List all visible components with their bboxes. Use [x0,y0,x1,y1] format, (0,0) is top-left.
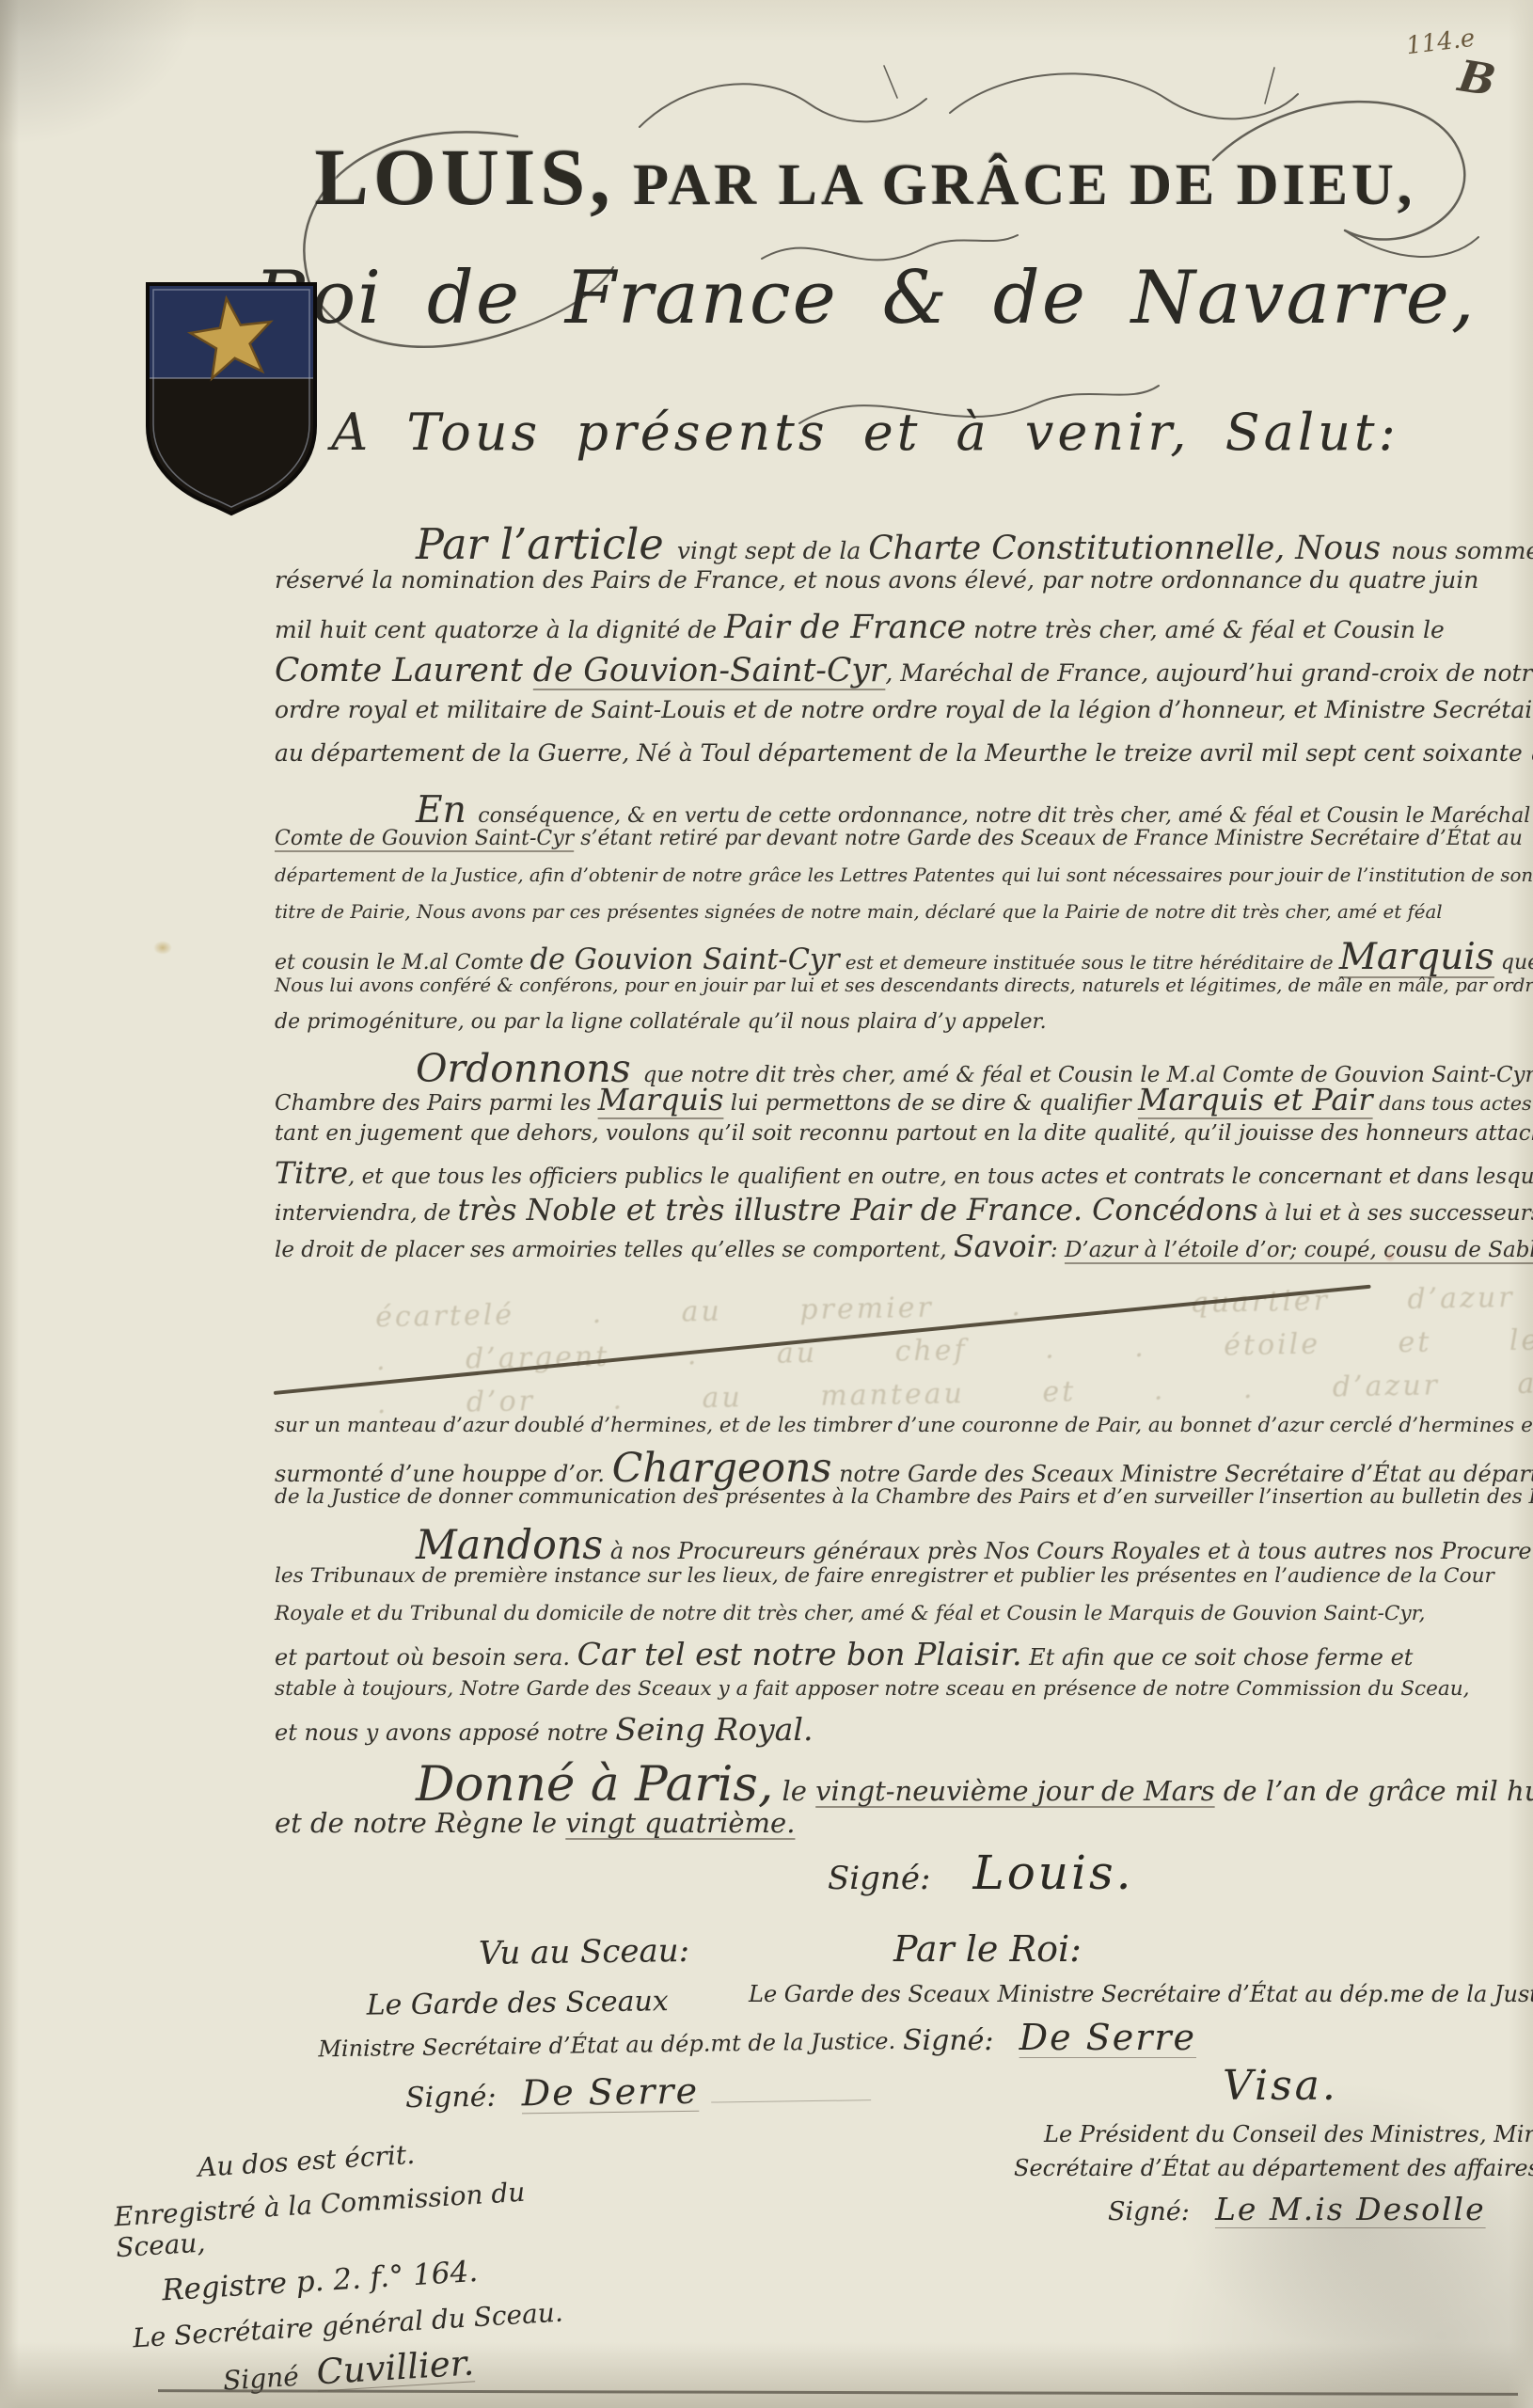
paragraph-chargeons: sur un manteau d’azur doublé d’hermines,… [275,1413,1511,1520]
signature-de-serre-right: Signé: De Serre [903,2017,1411,2058]
text-line: réservé la nomination des Pairs de Franc… [275,568,1511,611]
cuvillier-signature: Cuvillier. [315,2342,475,2392]
de-serre-signature: De Serre [521,2070,699,2115]
salutation-line: A Tous présents et à venir, Salut: [235,403,1495,462]
seal-column-left: Vu au Sceau: Le Garde des Sceaux Ministr… [300,1930,792,2116]
registration-note: Au dos est écrit. Enregistré à la Commis… [110,2129,594,2404]
text-line: En conséquence, & en vertu de cette ordo… [275,792,1511,829]
manuscript-page: 114.e B LOUIS, PAR LA GRÂCE DE DIEU, Roi… [0,0,1533,2408]
coat-of-arms-shield [141,277,322,520]
paragraph-consequence: En conséquence, & en vertu de cette ordo… [275,792,1511,1049]
signe-label: Signé: [903,2024,994,2057]
text-line: au département de la Guerre, Né à Toul d… [275,741,1511,784]
ink-stain [1384,1251,1396,1262]
text-line: Ordonnons que notre dit très cher, amé &… [275,1050,1511,1086]
text-line: Comte de Gouvion Saint-Cyr s’étant retir… [275,829,1511,865]
title-word-louis: LOUIS, [315,132,615,222]
text-line: stable à toujours, Notre Garde des Sceau… [275,1676,1511,1714]
paragraph-preamble: Par l’article vingt sept de la Charte Co… [275,525,1511,784]
text-line: mil huit cent quatorze à la dignité de P… [275,611,1511,655]
royal-signature-louis: Louis. [973,1846,1134,1900]
desolle-signature: Le M.is Desolle [1215,2191,1486,2227]
text-line: surmonté d’une houppe d’or. Chargeons no… [275,1449,1511,1484]
text-line: et partout où besoin sera. Car tel est n… [275,1639,1511,1676]
paragraph-ordonnons: Ordonnons que notre dit très cher, amé &… [275,1050,1511,1270]
text-line: Comte Laurent de Gouvion-Saint-Cyr, Maré… [275,655,1511,698]
text-line: de primogéniture, ou par la ligne collat… [275,1012,1511,1049]
text-line: de la Justice de donner communication de… [275,1484,1511,1520]
affaires-etrangeres-line: Secrétaire d’État au département des aff… [1014,2155,1411,2181]
ministre-justice-line: Ministre Secrétaire d’État au dép.mt de … [318,2029,790,2062]
document-title: LOUIS, PAR LA GRÂCE DE DIEU, [235,130,1495,224]
enregistre-line: Enregistré à la Commission du Sceau, [113,2173,586,2263]
president-conseil-line: Le Président du Conseil des Ministres, M… [1044,2121,1411,2147]
subtitle-roi-de-france: Roi de France & de Navarre, [235,256,1495,341]
text-line: département de la Justice, afin d’obteni… [275,865,1511,902]
text-line: Par l’article vingt sept de la Charte Co… [275,525,1511,568]
royal-signature-row: Signé: Louis. [828,1846,1134,1900]
par-le-roi-heading: Par le Roi: [893,1928,1411,1970]
text-line: Royale et du Tribunal du domicile de not… [275,1601,1511,1639]
text-line: Donné à Paris, le vingt-neuvième jour de… [275,1761,1511,1810]
text-line: sur un manteau d’azur doublé d’hermines,… [275,1413,1511,1449]
pen-flourish-ornament [235,47,1495,451]
text-line: le droit de placer ses armoiries telles … [275,1233,1511,1270]
signature-desolle: Signé: Le M.is Desolle [1108,2191,1411,2227]
page-bottom-edge [158,2389,1518,2396]
signe-label: Signé: [828,1860,930,1897]
text-line: les Tribunaux de première instance sur l… [275,1563,1511,1601]
paragraph-mandons: Mandons à nos Procureurs généraux près N… [275,1526,1511,1751]
au-dos-line: Au dos est écrit. [197,2129,581,2183]
visa-heading: Visa. [1223,2062,1411,2110]
text-line: Mandons à nos Procureurs généraux près N… [275,1526,1511,1563]
signe-label: Signé: [1108,2197,1190,2226]
ink-stain [153,941,172,955]
seal-column-right: Par le Roi: Le Garde des Sceaux Ministre… [734,1928,1411,2227]
text-line: ordre royal et militaire de Saint-Louis … [275,698,1511,741]
de-serre-signature: De Serre [1019,2017,1196,2058]
erased-ghost-text: écartelé . au premier . . quartier d’azu… [375,1285,1459,1434]
text-line: Titre, et que tous les officiers publics… [275,1160,1511,1196]
text-line: interviendra, de très Noble et très illu… [275,1196,1511,1233]
paragraph-donne: Donné à Paris, le vingt-neuvième jour de… [275,1761,1511,1859]
text-line: Nous lui avons conféré & conférons, pour… [275,975,1511,1012]
text-line: et nous y avons apposé notre Seing Royal… [275,1714,1511,1751]
garde-des-sceaux-justice-line: Le Garde des Sceaux Ministre Secrétaire … [749,1981,1411,2007]
signe-label: Signé: [405,2081,497,2115]
garde-des-sceaux-line: Le Garde des Sceaux [366,1983,789,2021]
text-line: tant en jugement que dehors, voulons qu’… [275,1123,1511,1160]
text-line: titre de Pairie, Nous avons par ces prés… [275,902,1511,939]
text-line: Chambre des Pairs parmi les Marquis lui … [275,1086,1511,1123]
title-rest: PAR LA GRÂCE DE DIEU, [615,153,1416,217]
text-line: et cousin le M.al Comte de Gouvion Saint… [275,939,1511,975]
